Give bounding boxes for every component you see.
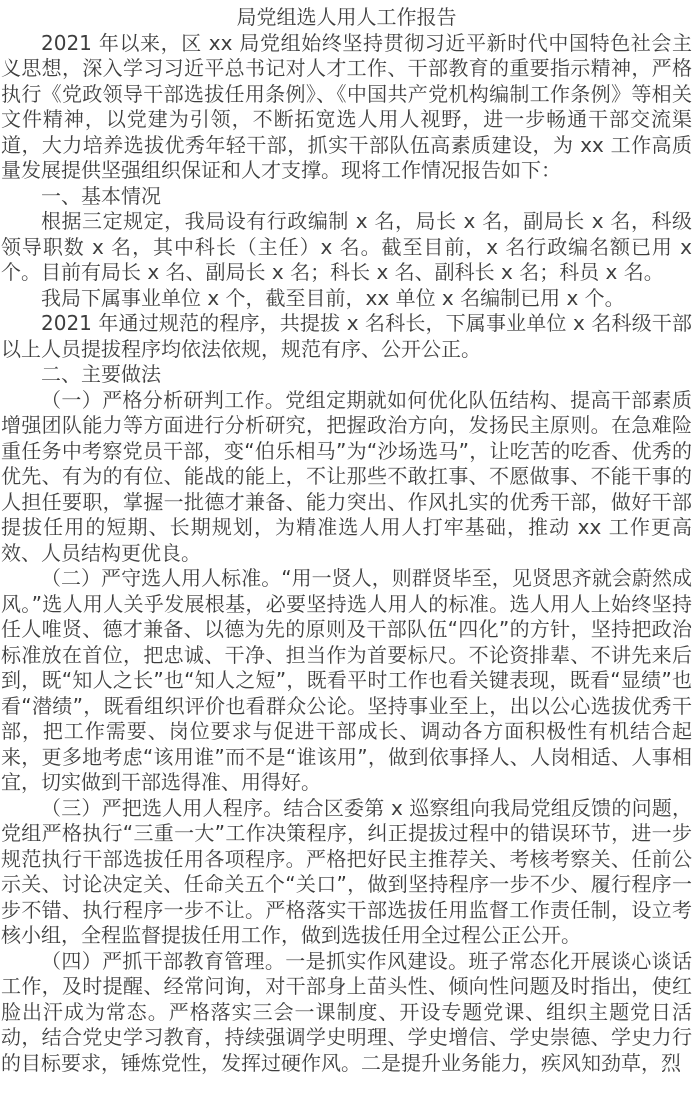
section-heading: 二、主要做法 — [1, 362, 692, 388]
body-paragraph: （四）严抓干部教育管理。一是抓实作风建设。班子常态化开展谈心谈话工作，及时提醒、… — [1, 949, 692, 1077]
body-paragraph: 2021 年通过规范的程序，共提拔 x 名科长，下属事业单位 x 名科级干部以上… — [1, 311, 692, 362]
document-title: 局党组选人用人工作报告 — [1, 5, 692, 31]
body-paragraph: 我局下属事业单位 x 个，截至目前，xx 单位 x 名编制已用 x 个。 — [1, 286, 692, 312]
body-paragraph: （一）严格分析研判工作。党组定期就如何优化队伍结构、提高干部素质增强团队能力等方… — [1, 388, 692, 567]
body-paragraph: （三）严把选人用人程序。结合区委第 x 巡察组向我局党组反馈的问题，党组严格执行… — [1, 796, 692, 949]
body-paragraph: 根据三定规定，我局设有行政编制 x 名，局长 x 名，副局长 x 名，科级领导职… — [1, 209, 692, 286]
document-body: 2021 年以来，区 xx 局党组始终坚持贯彻习近平新时代中国特色社会主义思想，… — [1, 31, 692, 1077]
section-heading: 一、基本情况 — [1, 184, 692, 210]
body-paragraph: （二）严守选人用人标准。“用一贤人，则群贤毕至，见贤思齐就会蔚然成风。”选人用人… — [1, 566, 692, 796]
document-page: 局党组选人用人工作报告 2021 年以来，区 xx 局党组始终坚持贯彻习近平新时… — [0, 0, 693, 1097]
body-paragraph: 2021 年以来，区 xx 局党组始终坚持贯彻习近平新时代中国特色社会主义思想，… — [1, 31, 692, 184]
